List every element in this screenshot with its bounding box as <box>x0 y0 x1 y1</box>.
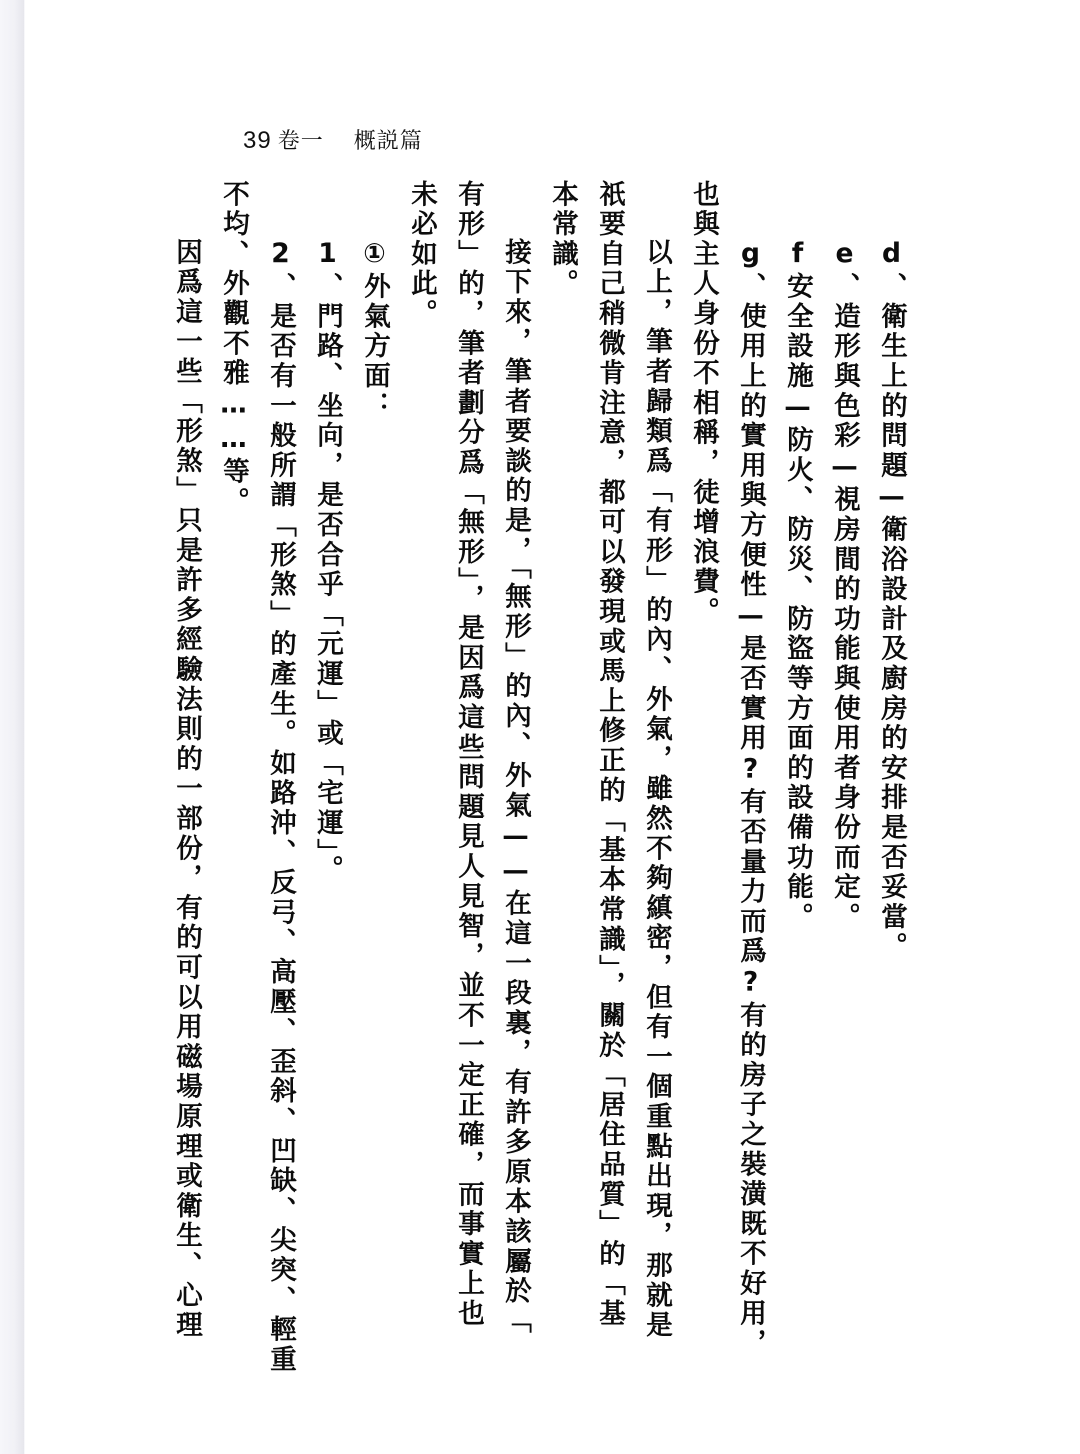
left-margin-strip <box>0 0 24 1454</box>
text-column-item-f: f安全設施—防火、防災、防盜等方面的設備功能。 <box>779 238 815 932</box>
text-column-item-2-cont: 不均、外觀不雅……等。 <box>215 180 251 517</box>
text-column-item-2: 2、是否有一般所謂「形煞」的產生。如路沖、反弓、高壓、歪斜、凹缺、尖突、輕重 <box>262 238 298 1375</box>
text-column-para2-line1: 接下來，筆者要談的是，「無形」的內、外氣——在這一段裏，有許多原本該屬於「 <box>497 238 533 1336</box>
text-column-para3-line1: 因爲這一些「形煞」只是許多經驗法則的一部份，有的可以用磁場原理或衛生、心理 <box>168 238 204 1341</box>
text-column-para2-line3: 未必如此。 <box>403 180 439 329</box>
text-column-item-g: g、使用上的實用與方便性—是否實用?有否量力而爲?有的房子之裝潢既不好用， <box>732 238 768 1359</box>
text-column-item-d: d、衛生上的問題—衛浴設計及廚房的安排是否妥當。 <box>873 238 909 962</box>
text-column-para2-line2: 有形」的，筆者劃分爲「無形」，是因爲這些問題見人見智，並不一定正確，而事實上也 <box>450 180 486 1329</box>
section-heading-outer-qi: ①外氣方面： <box>356 238 392 421</box>
section-title: 概説篇 <box>354 129 423 154</box>
text-column-item-e: e、造形與色彩—視房間的功能與使用者身份而定。 <box>826 238 862 932</box>
text-column-item-1: 1、門路、坐向，是否合乎「元運」或「宅運」。 <box>309 238 345 885</box>
running-header: 39卷一概説篇 <box>243 124 423 155</box>
volume-label: 卷一 <box>278 129 324 154</box>
book-page: 39卷一概説篇 d、衛生上的問題—衛浴設計及廚房的安排是否妥當。 e、造形與色彩… <box>25 0 1080 1454</box>
text-column-para1-line2: 祇要自己稍微肯注意，都可以發現或馬上修正的「基本常識」，關於「居住品質」的「基 <box>591 180 627 1329</box>
text-column-para1-line3: 本常識。 <box>544 180 580 299</box>
page-number: 39 <box>243 127 272 154</box>
text-column-item-g-cont: 也與主人身份不相稱，徒增浪費。 <box>685 180 721 627</box>
text-column-para1-line1: 以上，筆者歸類爲「有形」的內、外氣，雖然不夠縝密，但有一個重點出現，那就是 <box>638 238 674 1341</box>
